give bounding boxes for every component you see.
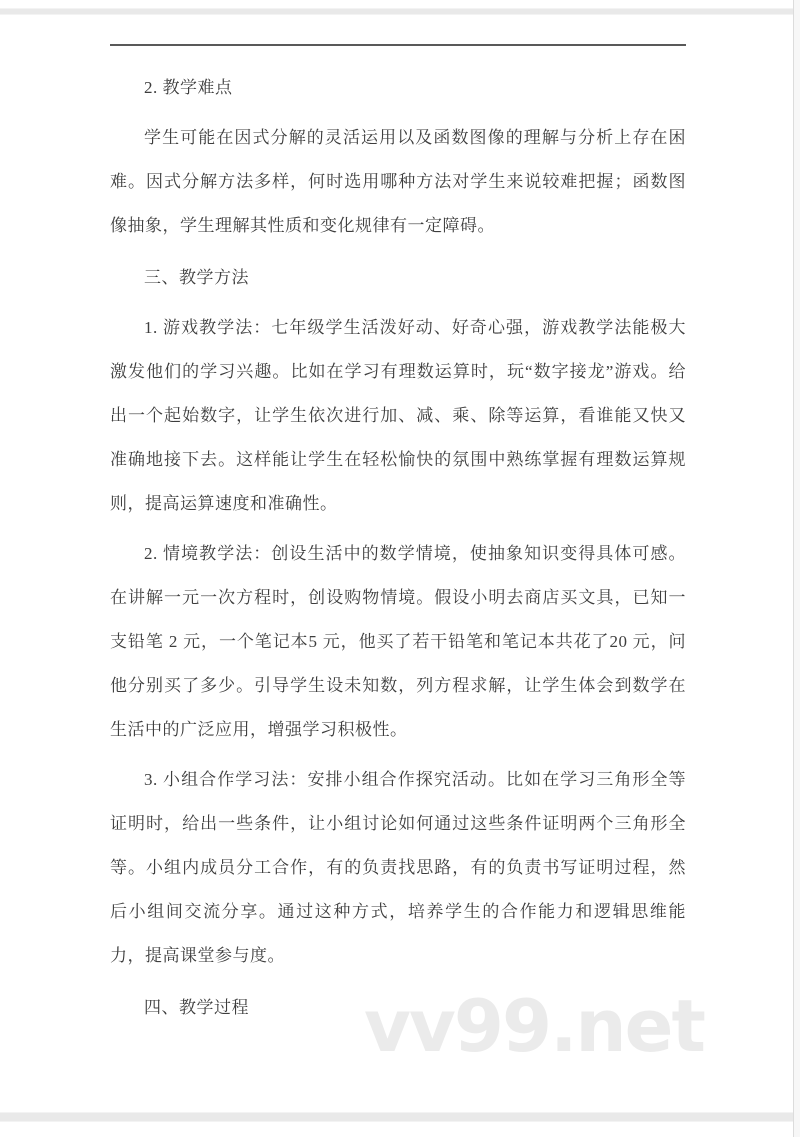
document-body: 2. 教学难点学生可能在因式分解的灵活运用以及函数图像的理解与分析上存在困难。因… (110, 58, 686, 1030)
page-gap-top (0, 8, 800, 15)
document-heading: 三、教学方法 (110, 256, 686, 300)
watermark: vv99.net (364, 988, 800, 1064)
document-paragraph: 学生可能在因式分解的灵活运用以及函数图像的理解与分析上存在困难。因式分解方法多样… (110, 116, 686, 248)
document-paragraph: 1. 游戏教学法：七年级学生活泼好动、好奇心强，游戏教学法能极大激发他们的学习兴… (110, 306, 686, 526)
document-viewer: 2. 教学难点学生可能在因式分解的灵活运用以及函数图像的理解与分析上存在困难。因… (0, 0, 800, 1137)
document-paragraph: 2. 情境教学法：创设生活中的数学情境，使抽象知识变得具体可感。在讲解一元一次方… (110, 532, 686, 752)
document-paragraph: 3. 小组合作学习法：安排小组合作探究活动。比如在学习三角形全等证明时，给出一些… (110, 758, 686, 978)
section-divider-line (110, 44, 686, 46)
document-heading: 2. 教学难点 (110, 66, 686, 110)
page-right-margin (793, 0, 800, 1137)
page-gap-bottom (0, 1112, 800, 1122)
